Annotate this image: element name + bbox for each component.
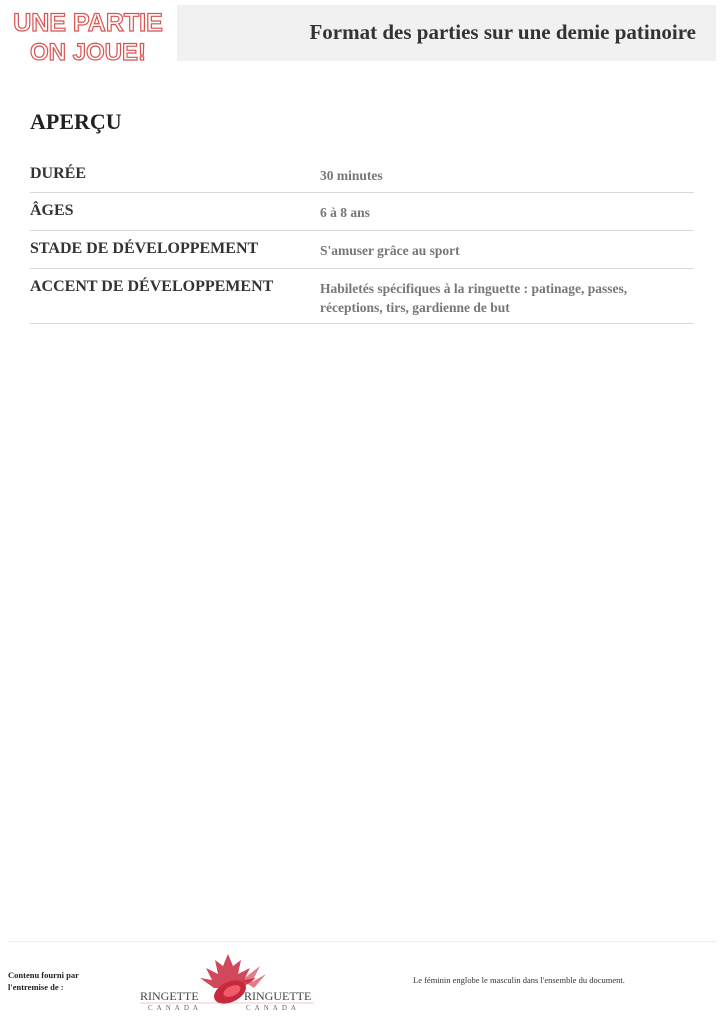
row-value: S'amuser grâce au sport [320, 231, 694, 268]
section-title-apercu: APERÇU [30, 109, 122, 135]
logo-line-1: UNE PARTIE [13, 9, 163, 37]
org-sub-right: CANADA [246, 1004, 300, 1012]
org-sub-left: CANADA [148, 1004, 202, 1012]
row-label: STADE DE DÉVELOPPEMENT [30, 231, 320, 268]
row-label: DURÉE [30, 156, 320, 192]
row-label: ÂGES [30, 193, 320, 230]
une-partie-on-joue-logo: UNE PARTIE ON JOUE! [2, 4, 174, 66]
gender-note: Le féminin englobe le masculin dans l'en… [413, 975, 625, 985]
table-row: ÂGES 6 à 8 ans [30, 193, 694, 231]
table-row: STADE DE DÉVELOPPEMENT S'amuser grâce au… [30, 231, 694, 269]
table-row: ACCENT DE DÉVELOPPEMENT Habiletés spécif… [30, 269, 694, 324]
header-bar: Format des parties sur une demie patinoi… [177, 5, 716, 61]
footer-divider [8, 941, 716, 942]
logo-line-2: ON JOUE! [30, 39, 146, 66]
org-name-left: RINGETTE [140, 989, 199, 1003]
content-credit: Contenu fourni par l'entremise de : [8, 969, 98, 993]
row-value: 30 minutes [320, 156, 694, 192]
overview-table: DURÉE 30 minutes ÂGES 6 à 8 ans STADE DE… [30, 156, 694, 324]
ringette-canada-logo: RINGETTE CANADA RINGUETTE CANADA [138, 952, 318, 1014]
row-value: 6 à 8 ans [320, 193, 694, 230]
page-title: Format des parties sur une demie patinoi… [309, 20, 696, 45]
org-name-right: RINGUETTE [244, 989, 311, 1003]
row-label: ACCENT DE DÉVELOPPEMENT [30, 269, 320, 323]
row-value: Habiletés spécifiques à la ringuette : p… [320, 269, 694, 323]
table-row: DURÉE 30 minutes [30, 156, 694, 193]
